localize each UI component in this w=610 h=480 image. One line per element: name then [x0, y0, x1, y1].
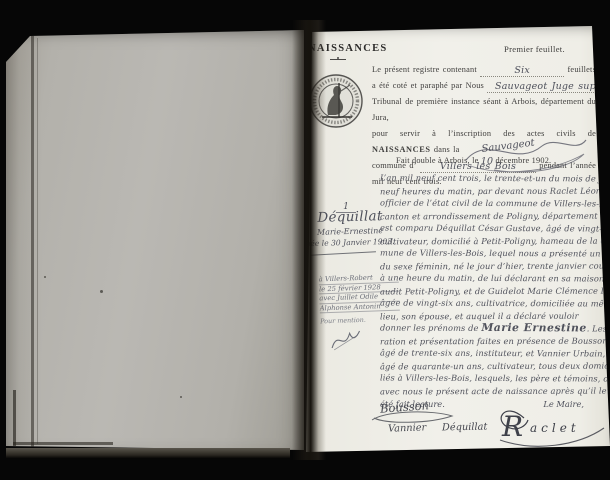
decl2-blank: Sauvageot Juge suppléant du [487, 80, 610, 93]
act-line: officier de l’état civil de la commune d… [380, 196, 610, 210]
act-line: L’an mil neuf cent trois, le trente-et-u… [380, 171, 610, 185]
act-line: audit Petit-Poligny, et de Guidelot Mari… [380, 284, 610, 297]
fait-double-pre: Fait double à Arbois, le [396, 156, 478, 165]
decl1-pre: Le présent registre contenant [372, 62, 477, 78]
title-ornament-dot [337, 57, 339, 59]
right-act-page: NAISSANCES Premier feuillet. Le présent … [302, 26, 610, 452]
title-ornament-rule [330, 59, 346, 60]
left-blank-page [4, 28, 304, 452]
mayor-signature-initial: R [501, 410, 523, 443]
sheet-count-value: Six [514, 65, 530, 76]
act-line: à une heure du matin, de lui déclarant e… [380, 271, 610, 285]
fait-double-line: Fait double à Arbois, le 10 décembre 190… [396, 155, 551, 166]
prenoms-pre: donner les prénoms de [380, 322, 481, 332]
declaration-line-2: a été coté et paraphé par Nous Sauvageot… [372, 78, 596, 94]
cover-hinge-horizontal [13, 442, 113, 445]
act-line: mune de Villers-les-Bois, lequel nous a … [380, 246, 610, 260]
margin-rule [310, 251, 376, 255]
act-line: ration et présentation faites en présenc… [380, 334, 610, 347]
sheet-number-label: Premier feuillet. [504, 44, 565, 54]
act-line: âgée de vingt-six ans, cultivatrice, dom… [380, 296, 610, 310]
act-line: est comparu Déquillat César Gustave, âgé… [380, 221, 610, 235]
judge-name-value: Sauvageot Juge suppléant du [495, 81, 610, 92]
signature-declarant-dequillat: Déquillat [442, 422, 488, 434]
signature-witness-vannier: Vannier [388, 422, 427, 434]
decl4-post: dans la [434, 145, 460, 154]
declaration-line-4: pour servir à l’inscription des actes ci… [372, 126, 596, 158]
act-line: âgé de trente-six ans, instituteur, et V… [380, 346, 610, 360]
prenoms-post: . Les dites décla- [587, 323, 610, 333]
republic-seal-icon [307, 70, 367, 134]
act-line: canton et arrondissement de Poligny, dép… [380, 209, 610, 222]
cover-hinge-vertical [13, 390, 16, 446]
paper-speck [180, 396, 182, 398]
mayor-signature-rest: aclet [530, 421, 580, 435]
register-scan: NAISSANCES Premier feuillet. Le présent … [0, 0, 610, 480]
act-line-prenoms: donner les prénoms de Marie Ernestine. L… [380, 321, 610, 335]
act-line: cultivateur, domicilié à Petit-Poligny, … [380, 234, 610, 247]
paper-speck [44, 276, 46, 278]
binding-crease-light [37, 38, 38, 444]
republic-seal-stamp [307, 70, 367, 134]
decl4-pre: pour servir à l’inscription des actes ci… [372, 129, 596, 138]
page-title: NAISSANCES [308, 43, 388, 54]
child-given-names: Marie Ernestine [481, 321, 586, 334]
declaration-line-3: Tribunal de première instance séant à Ar… [372, 94, 596, 126]
decl1-blank: Six [480, 64, 565, 77]
binding-crease [31, 34, 34, 448]
signature-witness-bousson: Bousson [380, 398, 430, 415]
decl4-acts-type: NAISSANCES [372, 145, 431, 154]
act-line: avec nous le présent acte de naissance a… [380, 384, 610, 397]
act-line: neuf heures du matin, par devant nous Ra… [380, 184, 610, 197]
birth-act-body: L’an mil neuf cent trois, le trente-et-u… [380, 172, 610, 411]
act-line: du sexe féminin, né le jour d’hier, tren… [380, 259, 610, 272]
declaration-line-1: Le présent registre contenant Six feuill… [372, 62, 596, 78]
decl2-pre: a été coté et paraphé par Nous [372, 78, 484, 94]
act-line: liés à Villers-les-Bois, lesquels, les p… [380, 371, 610, 385]
act-line: âgé de quarante-un ans, cultivateur, tou… [380, 359, 610, 372]
fait-double-day-value: 10 [481, 156, 494, 167]
closing-le-maire: Le Maire, [543, 398, 584, 411]
paraph-icon [328, 327, 363, 354]
fait-double-post: décembre 1902. [496, 156, 552, 165]
decl1-post: feuillets [567, 62, 596, 78]
cover-edge [6, 448, 290, 458]
paper-speck [100, 290, 103, 293]
